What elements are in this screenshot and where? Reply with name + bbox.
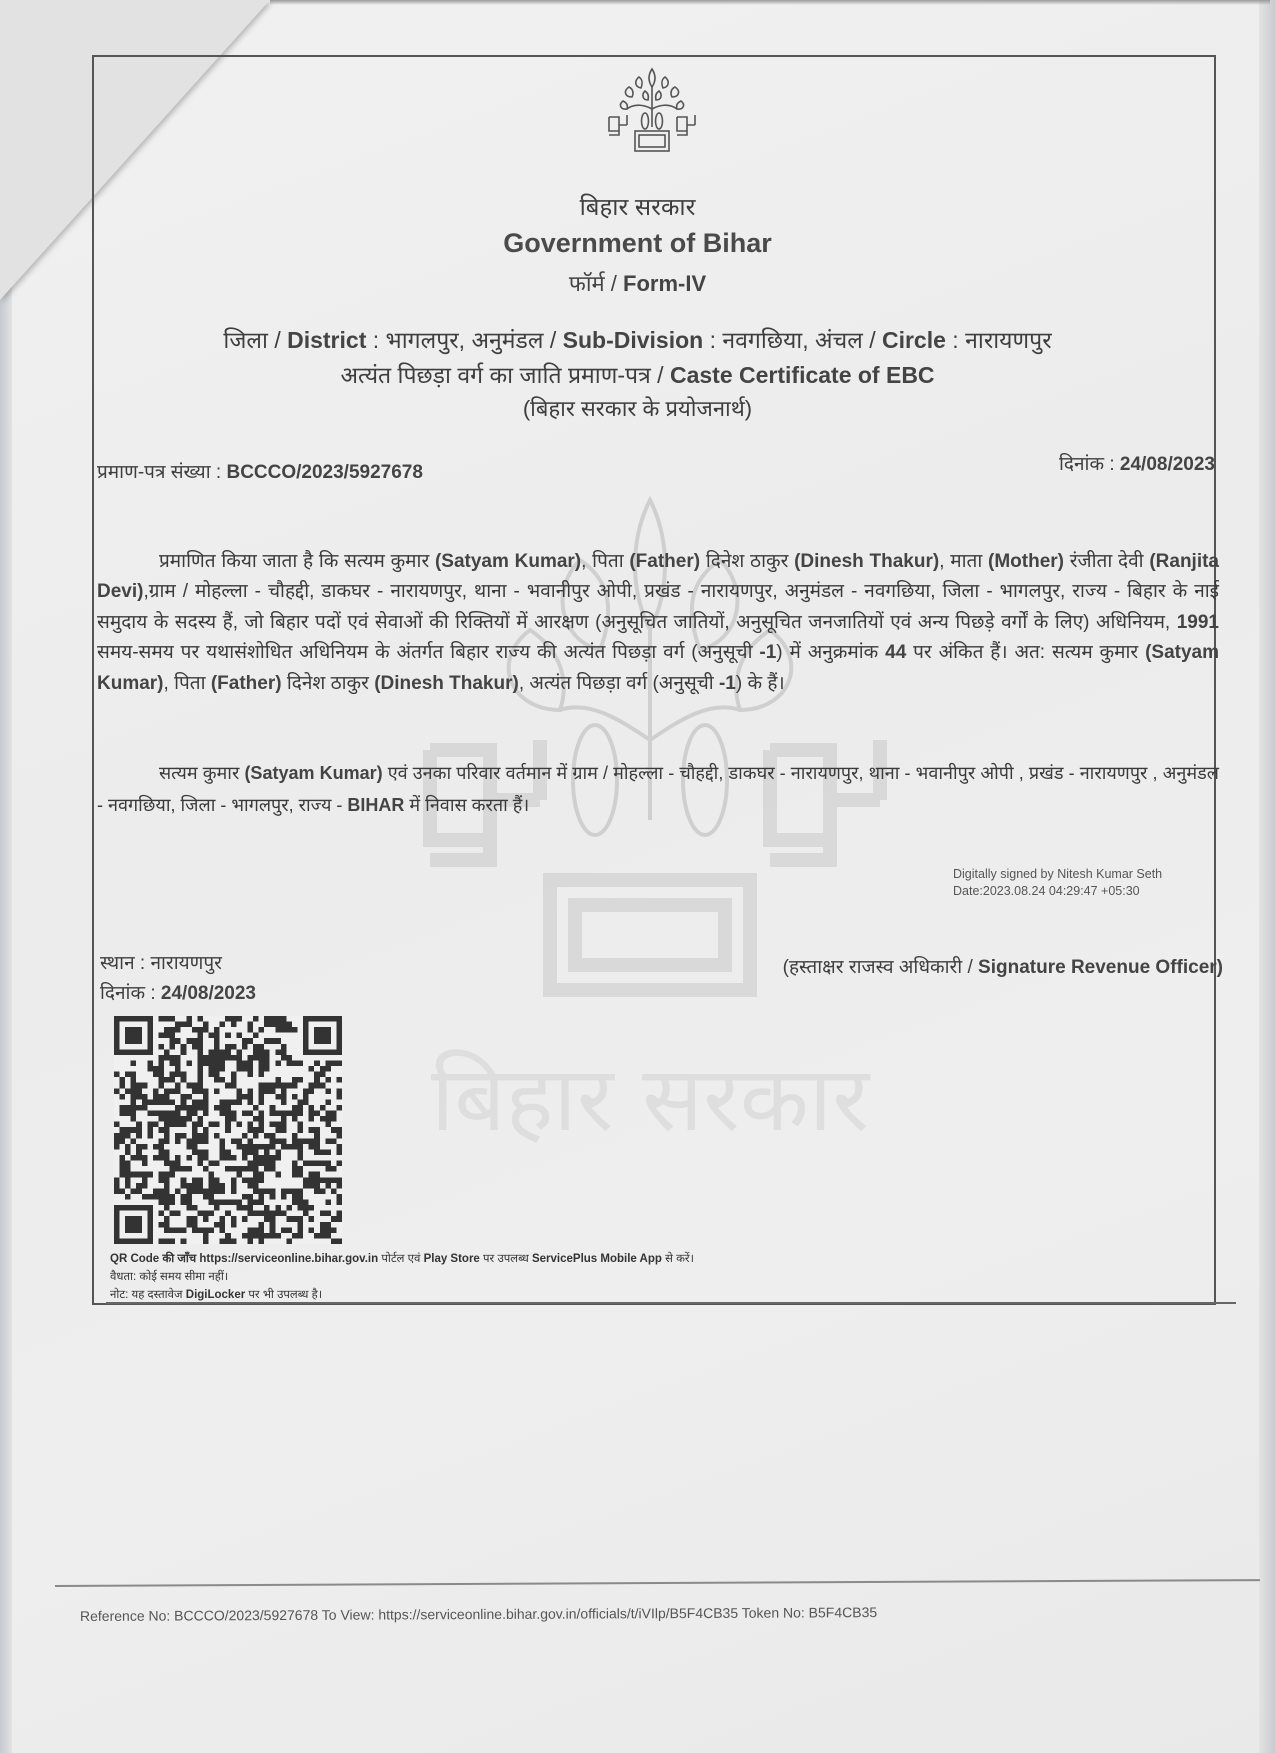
- form-label-english: Form-IV: [623, 271, 706, 296]
- signature-label-hindi: (हस्ताक्षर राजस्व अधिकारी /: [783, 957, 978, 978]
- place-label: स्थान :: [100, 953, 150, 974]
- scan-edge-right: [1259, 0, 1275, 1753]
- text-run: 44: [885, 642, 906, 663]
- government-title-english: Government of Bihar: [0, 228, 1275, 259]
- form-label-hindi: फॉर्म /: [569, 271, 623, 296]
- circle-value: : नारायणपुर: [946, 327, 1052, 353]
- digital-signature-stamp: Digitally signed by Nitesh Kumar Seth Da…: [953, 866, 1162, 900]
- certificate-number: प्रमाण-पत्र संख्या : BCCCO/2023/5927678: [97, 458, 423, 484]
- digilocker-note-prefix: नोट: यह दस्तावेज: [110, 1289, 186, 1301]
- qr-code-icon[interactable]: [114, 1016, 342, 1244]
- certificate-number-value: BCCCO/2023/5927678: [226, 462, 422, 483]
- certification-paragraph: प्रमाणित किया जाता है कि सत्यम कुमार (Sa…: [97, 547, 1219, 699]
- district-label: District: [287, 327, 366, 353]
- residence-paragraph: सत्यम कुमार (Satyam Kumar) एवं उनका परिव…: [97, 757, 1219, 821]
- qr-note-app: ServicePlus Mobile App: [532, 1253, 662, 1265]
- text-run: रंजीता देवी: [1064, 551, 1149, 572]
- digilocker-label: DigiLocker: [186, 1289, 245, 1301]
- verification-link[interactable]: https://serviceonline.bihar.gov.in: [199, 1253, 378, 1265]
- district-value: : भागलपुर,: [366, 327, 471, 353]
- digilocker-note: नोट: यह दस्तावेज DigiLocker पर भी उपलब्ध…: [110, 1286, 694, 1304]
- form-number: फॉर्म / Form-IV: [0, 268, 1275, 298]
- place-and-date: स्थान : नारायणपुर दिनांक : 24/08/2023: [100, 949, 256, 1009]
- text-run: (Father): [211, 673, 282, 694]
- text-run: ,ग्राम / मोहल्ला - चौहद्दी, डाकघर - नारा…: [97, 581, 1219, 632]
- circle-label: Circle: [882, 327, 946, 353]
- text-run: BIHAR: [347, 795, 404, 815]
- bihar-government-emblem-icon: [605, 65, 699, 161]
- digilocker-note-suffix: पर भी उपलब्ध है।: [245, 1289, 322, 1301]
- text-run: ) के हैं।: [736, 673, 785, 694]
- text-run: (Satyam Kumar): [244, 763, 382, 783]
- validity-note: वैधता: कोई समय सीमा नहीं।: [110, 1268, 694, 1286]
- digital-signature-signer: Digitally signed by Nitesh Kumar Seth: [953, 866, 1162, 883]
- qr-notes: QR Code की जाँच https://serviceonline.bi…: [110, 1250, 694, 1304]
- certificate-purpose: (बिहार सरकार के प्रयोजनार्थ): [0, 393, 1275, 423]
- text-run: , माता: [939, 551, 988, 572]
- certificate-number-label: प्रमाण-पत्र संख्या :: [97, 462, 226, 483]
- text-run: , पिता: [581, 551, 629, 572]
- text-run: , अत्यंत पिछड़ा वर्ग (अनुसूची: [519, 673, 719, 694]
- qr-note-suffix: से करें।: [662, 1253, 694, 1265]
- sign-date-value: 24/08/2023: [161, 983, 256, 1004]
- text-run: (Dinesh Thakur): [794, 551, 939, 572]
- text-run: (Dinesh Thakur): [374, 673, 519, 694]
- text-run: दिनेश ठाकुर: [700, 551, 794, 572]
- district-label-hindi: जिला /: [223, 327, 287, 353]
- sign-date: दिनांक : 24/08/2023: [100, 979, 256, 1009]
- sign-date-label: दिनांक :: [100, 983, 161, 1004]
- qr-note-mid2: पर उपलब्ध: [480, 1253, 532, 1265]
- text-run: ) में अनुक्रमांक: [776, 642, 885, 663]
- subdivision-value: : नवगछिया,: [703, 327, 815, 353]
- text-run: दिनेश ठाकुर: [282, 673, 375, 694]
- qr-verify-note: QR Code की जाँच https://serviceonline.bi…: [110, 1250, 694, 1268]
- top-shadow: [270, 0, 1270, 5]
- certificate-title: अत्यंत पिछड़ा वर्ग का जाति प्रमाण-पत्र /…: [0, 358, 1275, 390]
- signature-revenue-officer: (हस्ताक्षर राजस्व अधिकारी / Signature Re…: [783, 953, 1223, 979]
- subdivision-label-hindi: अनुमंडल /: [471, 327, 562, 353]
- location-line: जिला / District : भागलपुर, अनुमंडल / Sub…: [0, 323, 1275, 355]
- qr-note-mid: पोर्टल एवं: [378, 1253, 423, 1265]
- text-run: (Satyam Kumar): [435, 551, 581, 572]
- certificate-title-english: Caste Certificate of EBC: [670, 362, 935, 388]
- text-run: 1991: [1177, 612, 1219, 633]
- circle-label-hindi: अंचल /: [815, 327, 882, 353]
- issue-date-value: 24/08/2023: [1120, 454, 1215, 475]
- text-run: समय-समय पर यथासंशोधित अधिनियम के अंतर्गत…: [97, 642, 759, 663]
- text-run: , पिता: [164, 673, 211, 694]
- qr-note-store: Play Store: [424, 1253, 480, 1265]
- government-title-hindi: बिहार सरकार: [0, 190, 1275, 223]
- digital-signature-date: Date:2023.08.24 04:29:47 +05:30: [953, 883, 1162, 900]
- text-run: (Mother): [988, 551, 1064, 572]
- text-run: प्रमाणित किया जाता है कि सत्यम कुमार: [159, 551, 435, 572]
- certificate-title-hindi: अत्यंत पिछड़ा वर्ग का जाति प्रमाण-पत्र /: [340, 362, 670, 388]
- subdivision-label: Sub-Division: [563, 327, 704, 353]
- text-run: में निवास करता हैं।: [404, 795, 529, 815]
- issue-date-label: दिनांक :: [1059, 454, 1120, 475]
- place-value: नारायणपुर: [150, 953, 221, 974]
- text-run: -1: [719, 673, 736, 694]
- signature-label-english: Signature Revenue Officer): [978, 957, 1223, 978]
- text-run: पर अंकित हैं। अत: सत्यम कुमार: [906, 642, 1145, 663]
- text-run: सत्यम कुमार: [159, 763, 244, 783]
- text-run: -1: [759, 642, 776, 663]
- place: स्थान : नारायणपुर: [100, 949, 256, 979]
- issue-date: दिनांक : 24/08/2023: [1059, 450, 1215, 476]
- qr-note-prefix: QR Code की जाँच: [110, 1253, 199, 1265]
- text-run: (Father): [629, 551, 700, 572]
